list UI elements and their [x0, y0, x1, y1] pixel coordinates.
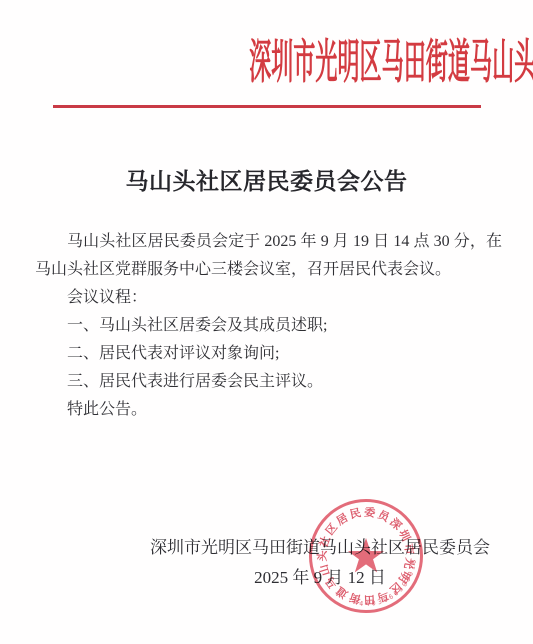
agenda-item-2: 二、居民代表对评议对象询问; — [35, 340, 502, 368]
closing-line: 特此公告。 — [35, 396, 502, 424]
document-body: 马山头社区居民委员会定于 2025 年 9 月 19 日 14 点 30 分，在… — [35, 228, 502, 424]
letterhead-org-name: 深圳市光明区马田街道马山头社区居民委员会 — [249, 36, 533, 88]
letterhead-divider-rule — [53, 105, 481, 108]
agenda-label: 会议议程： — [35, 284, 502, 312]
announcement-document-page: 深圳市光明区马田街道马山头社区居民委员会 马山头社区居民委员会公告 马山头社区居… — [0, 0, 533, 644]
letterhead: 深圳市光明区马田街道马山头社区居民委员会 — [0, 36, 533, 88]
signature-org-name: 深圳市光明区马田街道马山头社区居民委员会 — [150, 536, 490, 560]
opening-paragraph: 马山头社区居民委员会定于 2025 年 9 月 19 日 14 点 30 分，在… — [35, 228, 502, 284]
document-title: 马山头社区居民委员会公告 — [0, 166, 533, 198]
agenda-item-1: 一、马山头社区居委会及其成员述职; — [35, 312, 502, 340]
signature-date: 2025 年 9 月 12 日 — [150, 566, 490, 590]
signature-block: 深圳市光明区马田街道马山头社区居民委员会 2025 年 9 月 12 日 — [150, 536, 490, 590]
agenda-item-3: 三、居民代表进行居委会民主评议。 — [35, 368, 502, 396]
